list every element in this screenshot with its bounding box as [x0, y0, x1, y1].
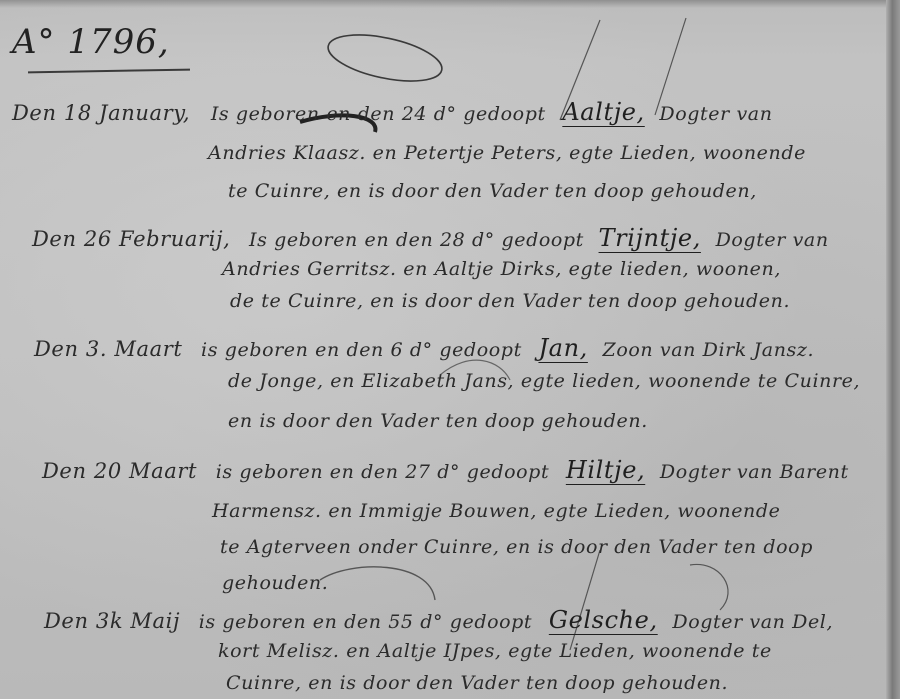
entry-parents-line: Andries Gerritsz. en Aaltje Dirks, egte … — [222, 258, 781, 280]
entry-parentage-start: Dogter van Del, — [672, 611, 833, 633]
entry-date: Den 18 January, — [12, 101, 190, 125]
entry-parents-line: de Jonge, en Elizabeth Jans, egte lieden… — [228, 370, 860, 392]
register-page: A° 1796, Den 18 January, Is geboren en d… — [0, 0, 900, 699]
entry-birth-text: is geboren en den 55 d° gedoopt — [199, 611, 532, 633]
child-name: Jan, — [538, 334, 587, 362]
entry-parents-line: kort Melisz. en Aaltje IJpes, egte Liede… — [218, 640, 772, 662]
child-name: Trijntje, — [599, 224, 701, 252]
entry-date: Den 3k Maij — [44, 609, 180, 633]
entry-birth-text: is geboren en den 27 d° gedoopt — [216, 461, 549, 483]
entry-residence-line: Cuinre, en is door den Vader ten doop ge… — [226, 672, 728, 694]
entry-closing-line: gehouden. — [222, 572, 328, 594]
entry-birth-text: Is geboren en den 24 d° gedoopt — [211, 103, 546, 125]
entry-first-line: Den 18 January, Is geboren en den 24 d° … — [12, 98, 773, 126]
entry-first-line: Den 3k Maij is geboren en den 55 d° gedo… — [44, 606, 833, 634]
year-heading: A° 1796, — [12, 22, 170, 62]
entry-parentage-start: Zoon van Dirk Jansz. — [603, 339, 815, 361]
entry-residence-line: de te Cuinre, en is door den Vader ten d… — [230, 290, 790, 312]
entry-residence-line: en is door den Vader ten doop gehouden. — [228, 410, 648, 432]
child-name: Gelsche, — [549, 606, 658, 634]
entry-date: Den 3. Maart — [34, 337, 182, 361]
entry-residence-line: te Cuinre, en is door den Vader ten doop… — [228, 180, 757, 202]
entry-parentage-start: Dogter van — [659, 103, 772, 125]
entry-parents-line: Harmensz. en Immigje Bouwen, egte Lieden… — [212, 500, 781, 522]
entry-residence-line: te Agterveen onder Cuinre, en is door de… — [220, 536, 813, 558]
entry-first-line: Den 3. Maart is geboren en den 6 d° gedo… — [34, 334, 814, 362]
entry-date: Den 26 Februarij, — [32, 227, 230, 251]
entry-parentage-start: Dogter van — [716, 229, 829, 251]
entry-birth-text: is geboren en den 6 d° gedoopt — [201, 339, 522, 361]
child-name: Aaltje, — [562, 98, 644, 126]
entry-parents-line: Andries Klaasz. en Petertje Peters, egte… — [208, 142, 806, 164]
page-binding-edge — [886, 0, 900, 699]
child-name: Hiltje, — [566, 456, 645, 484]
entry-parentage-start: Dogter van Barent — [660, 461, 849, 483]
entry-birth-text: Is geboren en den 28 d° gedoopt — [249, 229, 584, 251]
entry-first-line: Den 20 Maart is geboren en den 27 d° ged… — [42, 456, 849, 484]
year-underline-divider — [28, 69, 190, 74]
entry-date: Den 20 Maart — [42, 459, 197, 483]
entry-first-line: Den 26 Februarij, Is geboren en den 28 d… — [32, 224, 829, 252]
